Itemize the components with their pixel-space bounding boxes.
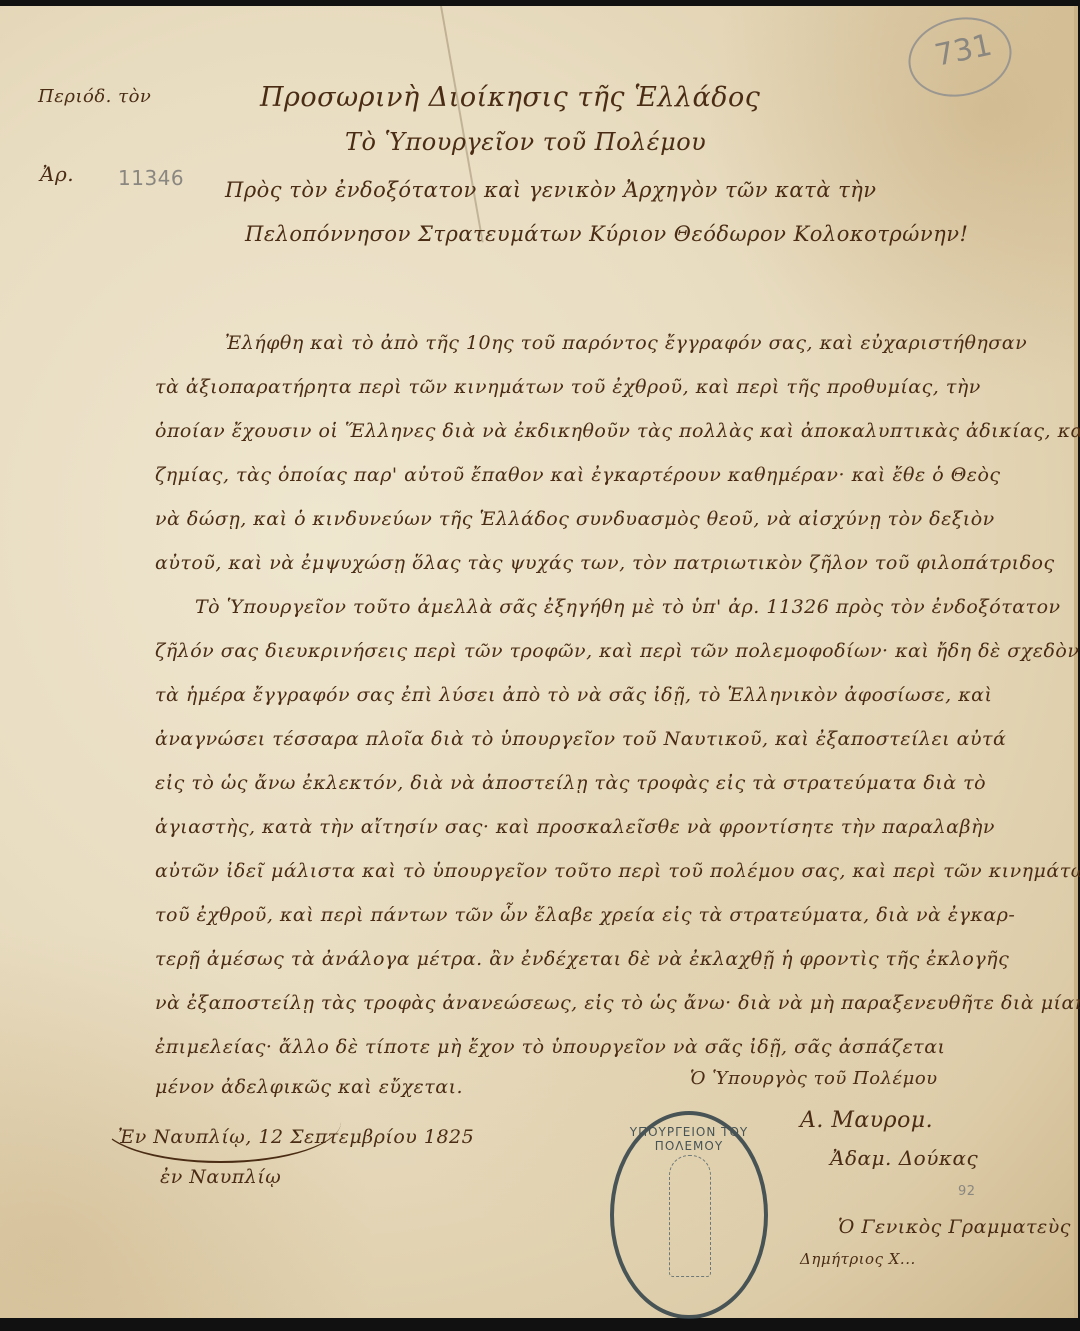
seal-figure-icon <box>669 1155 711 1277</box>
ministry-seal: ΥΠΟΥΡΓΕΙΟΝ ΤΟΥ ΠΟΛΕΜΟΥ <box>610 1111 768 1319</box>
margin-note: Περιόδ. τὸν <box>38 86 151 107</box>
addressee-line-2: Πελοπόννησον Στρατευμάτων Κύριον Θεόδωρο… <box>245 222 968 246</box>
body-line: τὰ ἡμέρα ἔγγραφόν σας ἐπὶ λύσει ἀπὸ τὸ ν… <box>155 684 992 706</box>
secretary-title: Ὁ Γενικὸς Γραμματεὺς <box>838 1216 1071 1238</box>
seal-text: ΥΠΟΥΡΓΕΙΟΝ ΤΟΥ ΠΟΛΕΜΟΥ <box>614 1125 764 1153</box>
signature: Α. Μαυρομ. <box>800 1108 933 1133</box>
flourish-line <box>100 1081 341 1163</box>
body-line: τερῇ ἀμέσως τὰ ἀνάλογα μέτρα. ἂν ἐνδέχετ… <box>155 948 1009 970</box>
body-line: ζῆλόν σας διευκρινήσεις περὶ τῶν τροφῶν,… <box>155 640 1080 662</box>
body-line: ἀναγνώσει τέσσαρα πλοῖα διὰ τὸ ὑπουργεῖο… <box>155 728 1006 750</box>
header-ministry: Τὸ Ὑπουργεῖον τοῦ Πολέμου <box>345 128 706 156</box>
body-line: αὐτοῦ, καὶ νὰ ἐμψυχώσῃ ὅλας τὰς ψυχάς τω… <box>155 552 1055 574</box>
body-line: ζημίας, τὰς ὁποίας παρ' αὐτοῦ ἔπαθον καὶ… <box>155 464 1001 486</box>
archive-number-circle: 731 <box>901 8 1019 106</box>
signature-name: Ἀδαμ. Δούκας <box>830 1146 978 1170</box>
closing-title: Ὁ Ὑπουργὸς τοῦ Πολέμου <box>690 1068 938 1089</box>
paper-fold <box>440 6 484 243</box>
place-line: ἐν Ναυπλίῳ <box>160 1166 281 1188</box>
margin-number: 11346 <box>118 166 184 190</box>
body-line: Ἐλήφθη καὶ τὸ ἀπὸ τῆς 10ης τοῦ παρόντος … <box>225 332 1027 354</box>
body-line: νὰ δώσῃ, καὶ ὁ κινδυνεύων τῆς Ἑλλάδος συ… <box>155 508 995 530</box>
archive-number: 731 <box>932 28 995 74</box>
body-line: νὰ ἐξαποστείλῃ τὰς τροφὰς ἀνανεώσεως, εἰ… <box>155 992 1080 1014</box>
body-line: εἰς τὸ ὡς ἄνω ἐκλεκτόν, διὰ νὰ ἀποστείλῃ… <box>155 772 986 794</box>
margin-number-label: Ἀρ. <box>40 162 74 186</box>
addressee-line-1: Πρὸς τὸν ἐνδοξότατον καὶ γενικὸν Ἀρχηγὸν… <box>225 178 877 202</box>
body-line: τοῦ ἐχθροῦ, καὶ περὶ πάντων τῶν ὧν ἔλαβε… <box>155 904 1015 926</box>
body-line: ἐπιμελείας· ἄλλο δὲ τίποτε μὴ ἔχον τὸ ὑπ… <box>155 1036 945 1058</box>
body-line: ἁγιαστὴς, κατὰ τὴν αἴτησίν σας· καὶ προσ… <box>155 816 995 838</box>
document-page: 731 Περιόδ. τὸν Ἀρ. 11346 Προσωρινὴ Διοί… <box>0 6 1078 1318</box>
body-line: αὐτῶν ἰδεῖ μάλιστα καὶ τὸ ὑπουργεῖον τοῦ… <box>155 860 1080 882</box>
body-line: Τὸ Ὑπουργεῖον τοῦτο ἀμελλὰ σᾶς ἐξηγήθη μ… <box>195 596 1061 618</box>
body-line: τὰ ἀξιοπαρατήρητα περὶ τῶν κινημάτων τοῦ… <box>155 376 981 398</box>
header-government: Προσωρινὴ Διοίκησις τῆς Ἑλλάδος <box>260 82 760 113</box>
pencil-folio: 92 <box>958 1184 976 1199</box>
body-line: ὁποίαν ἔχουσιν οἱ Ἕλληνες διὰ νὰ ἐκδικηθ… <box>155 420 1080 442</box>
secretary-signature: Δημήτριος Χ... <box>800 1250 916 1268</box>
